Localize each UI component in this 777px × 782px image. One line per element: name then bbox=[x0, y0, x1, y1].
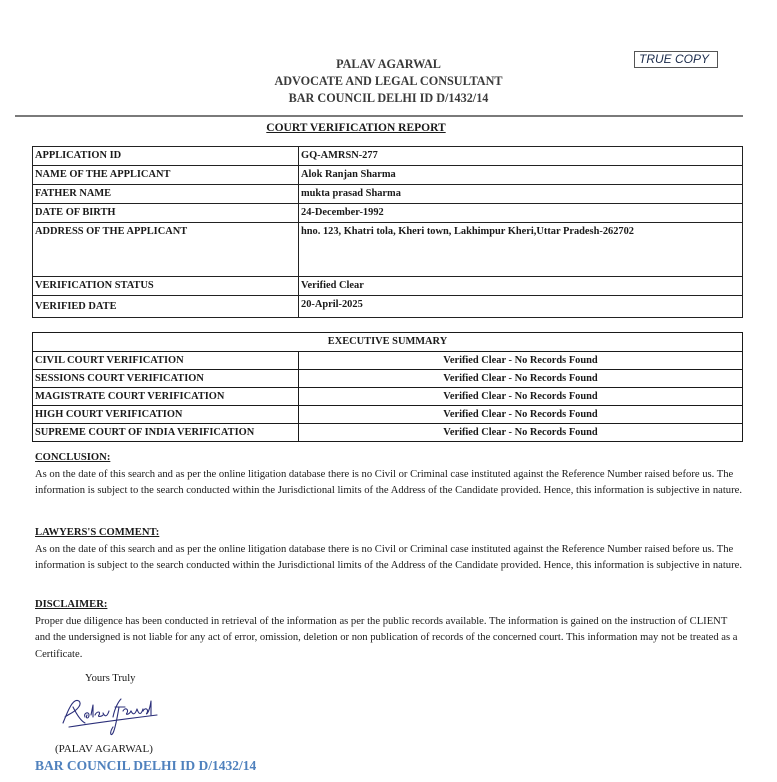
report-title: COURT VERIFICATION REPORT bbox=[0, 122, 712, 134]
header-divider bbox=[15, 115, 743, 117]
court-result: Verified Clear - No Records Found bbox=[299, 406, 743, 424]
table-row: FATHER NAME mukta prasad Sharma bbox=[33, 185, 743, 204]
field-value: 20-April-2025 bbox=[299, 296, 743, 318]
table-row: NAME OF THE APPLICANT Alok Ranjan Sharma bbox=[33, 166, 743, 185]
executive-summary-table: EXECUTIVE SUMMARY CIVIL COURT VERIFICATI… bbox=[32, 332, 743, 442]
field-label: NAME OF THE APPLICANT bbox=[33, 166, 299, 185]
summary-title: EXECUTIVE SUMMARY bbox=[33, 333, 743, 352]
advocate-bar-id: BAR COUNCIL DELHI ID D/1432/14 bbox=[0, 90, 777, 107]
field-value: Verified Clear bbox=[299, 277, 743, 296]
court-result: Verified Clear - No Records Found bbox=[299, 424, 743, 442]
court-label: SUPREME COURT OF INDIA VERIFICATION bbox=[33, 424, 299, 442]
field-label: VERIFICATION STATUS bbox=[33, 277, 299, 296]
table-row: DATE OF BIRTH 24-December-1992 bbox=[33, 204, 743, 223]
field-label: ADDRESS OF THE APPLICANT bbox=[33, 223, 299, 277]
signer-bar-id: BAR COUNCIL DELHI ID D/1432/14 bbox=[35, 758, 256, 774]
field-value: GQ-AMRSN-277 bbox=[299, 147, 743, 166]
court-label: HIGH COURT VERIFICATION bbox=[33, 406, 299, 424]
field-label: APPLICATION ID bbox=[33, 147, 299, 166]
field-label: VERIFIED DATE bbox=[33, 296, 299, 318]
court-label: CIVIL COURT VERIFICATION bbox=[33, 352, 299, 370]
table-row: VERIFIED DATE 20-April-2025 bbox=[33, 296, 743, 318]
applicant-details-table: APPLICATION ID GQ-AMRSN-277 NAME OF THE … bbox=[32, 146, 743, 318]
table-row: SESSIONS COURT VERIFICATION Verified Cle… bbox=[33, 370, 743, 388]
field-value: 24-December-1992 bbox=[299, 204, 743, 223]
signature-icon bbox=[55, 693, 165, 738]
lawyers-comment-heading: LAWYERS'S COMMENT: bbox=[35, 525, 745, 542]
field-value: hno. 123, Khatri tola, Kheri town, Lakhi… bbox=[299, 223, 743, 277]
table-row: APPLICATION ID GQ-AMRSN-277 bbox=[33, 147, 743, 166]
table-row: HIGH COURT VERIFICATION Verified Clear -… bbox=[33, 406, 743, 424]
table-row: CIVIL COURT VERIFICATION Verified Clear … bbox=[33, 352, 743, 370]
court-result: Verified Clear - No Records Found bbox=[299, 388, 743, 406]
true-copy-stamp: TRUE COPY bbox=[634, 51, 718, 68]
court-label: SESSIONS COURT VERIFICATION bbox=[33, 370, 299, 388]
closing-text: Yours Truly bbox=[85, 673, 135, 684]
summary-header-row: EXECUTIVE SUMMARY bbox=[33, 333, 743, 352]
table-row: SUPREME COURT OF INDIA VERIFICATION Veri… bbox=[33, 424, 743, 442]
lawyers-comment-section: LAWYERS'S COMMENT: As on the date of thi… bbox=[35, 525, 745, 575]
conclusion-text: As on the date of this search and as per… bbox=[35, 469, 742, 497]
court-result: Verified Clear - No Records Found bbox=[299, 370, 743, 388]
conclusion-section: CONCLUSION: As on the date of this searc… bbox=[35, 450, 745, 500]
table-row: MAGISTRATE COURT VERIFICATION Verified C… bbox=[33, 388, 743, 406]
court-label: MAGISTRATE COURT VERIFICATION bbox=[33, 388, 299, 406]
disclaimer-heading: DISCLAIMER: bbox=[35, 597, 745, 614]
disclaimer-section: DISCLAIMER: Proper due diligence has bee… bbox=[35, 597, 745, 663]
disclaimer-text: Proper due diligence has been conducted … bbox=[35, 616, 737, 660]
table-row: ADDRESS OF THE APPLICANT hno. 123, Khatr… bbox=[33, 223, 743, 277]
field-label: DATE OF BIRTH bbox=[33, 204, 299, 223]
advocate-designation: ADVOCATE AND LEGAL CONSULTANT bbox=[0, 73, 777, 90]
field-label: FATHER NAME bbox=[33, 185, 299, 204]
court-result: Verified Clear - No Records Found bbox=[299, 352, 743, 370]
conclusion-heading: CONCLUSION: bbox=[35, 450, 745, 467]
field-value: mukta prasad Sharma bbox=[299, 185, 743, 204]
lawyers-comment-text: As on the date of this search and as per… bbox=[35, 544, 742, 572]
field-value: Alok Ranjan Sharma bbox=[299, 166, 743, 185]
signer-name: (PALAV AGARWAL) bbox=[55, 743, 153, 755]
table-row: VERIFICATION STATUS Verified Clear bbox=[33, 277, 743, 296]
